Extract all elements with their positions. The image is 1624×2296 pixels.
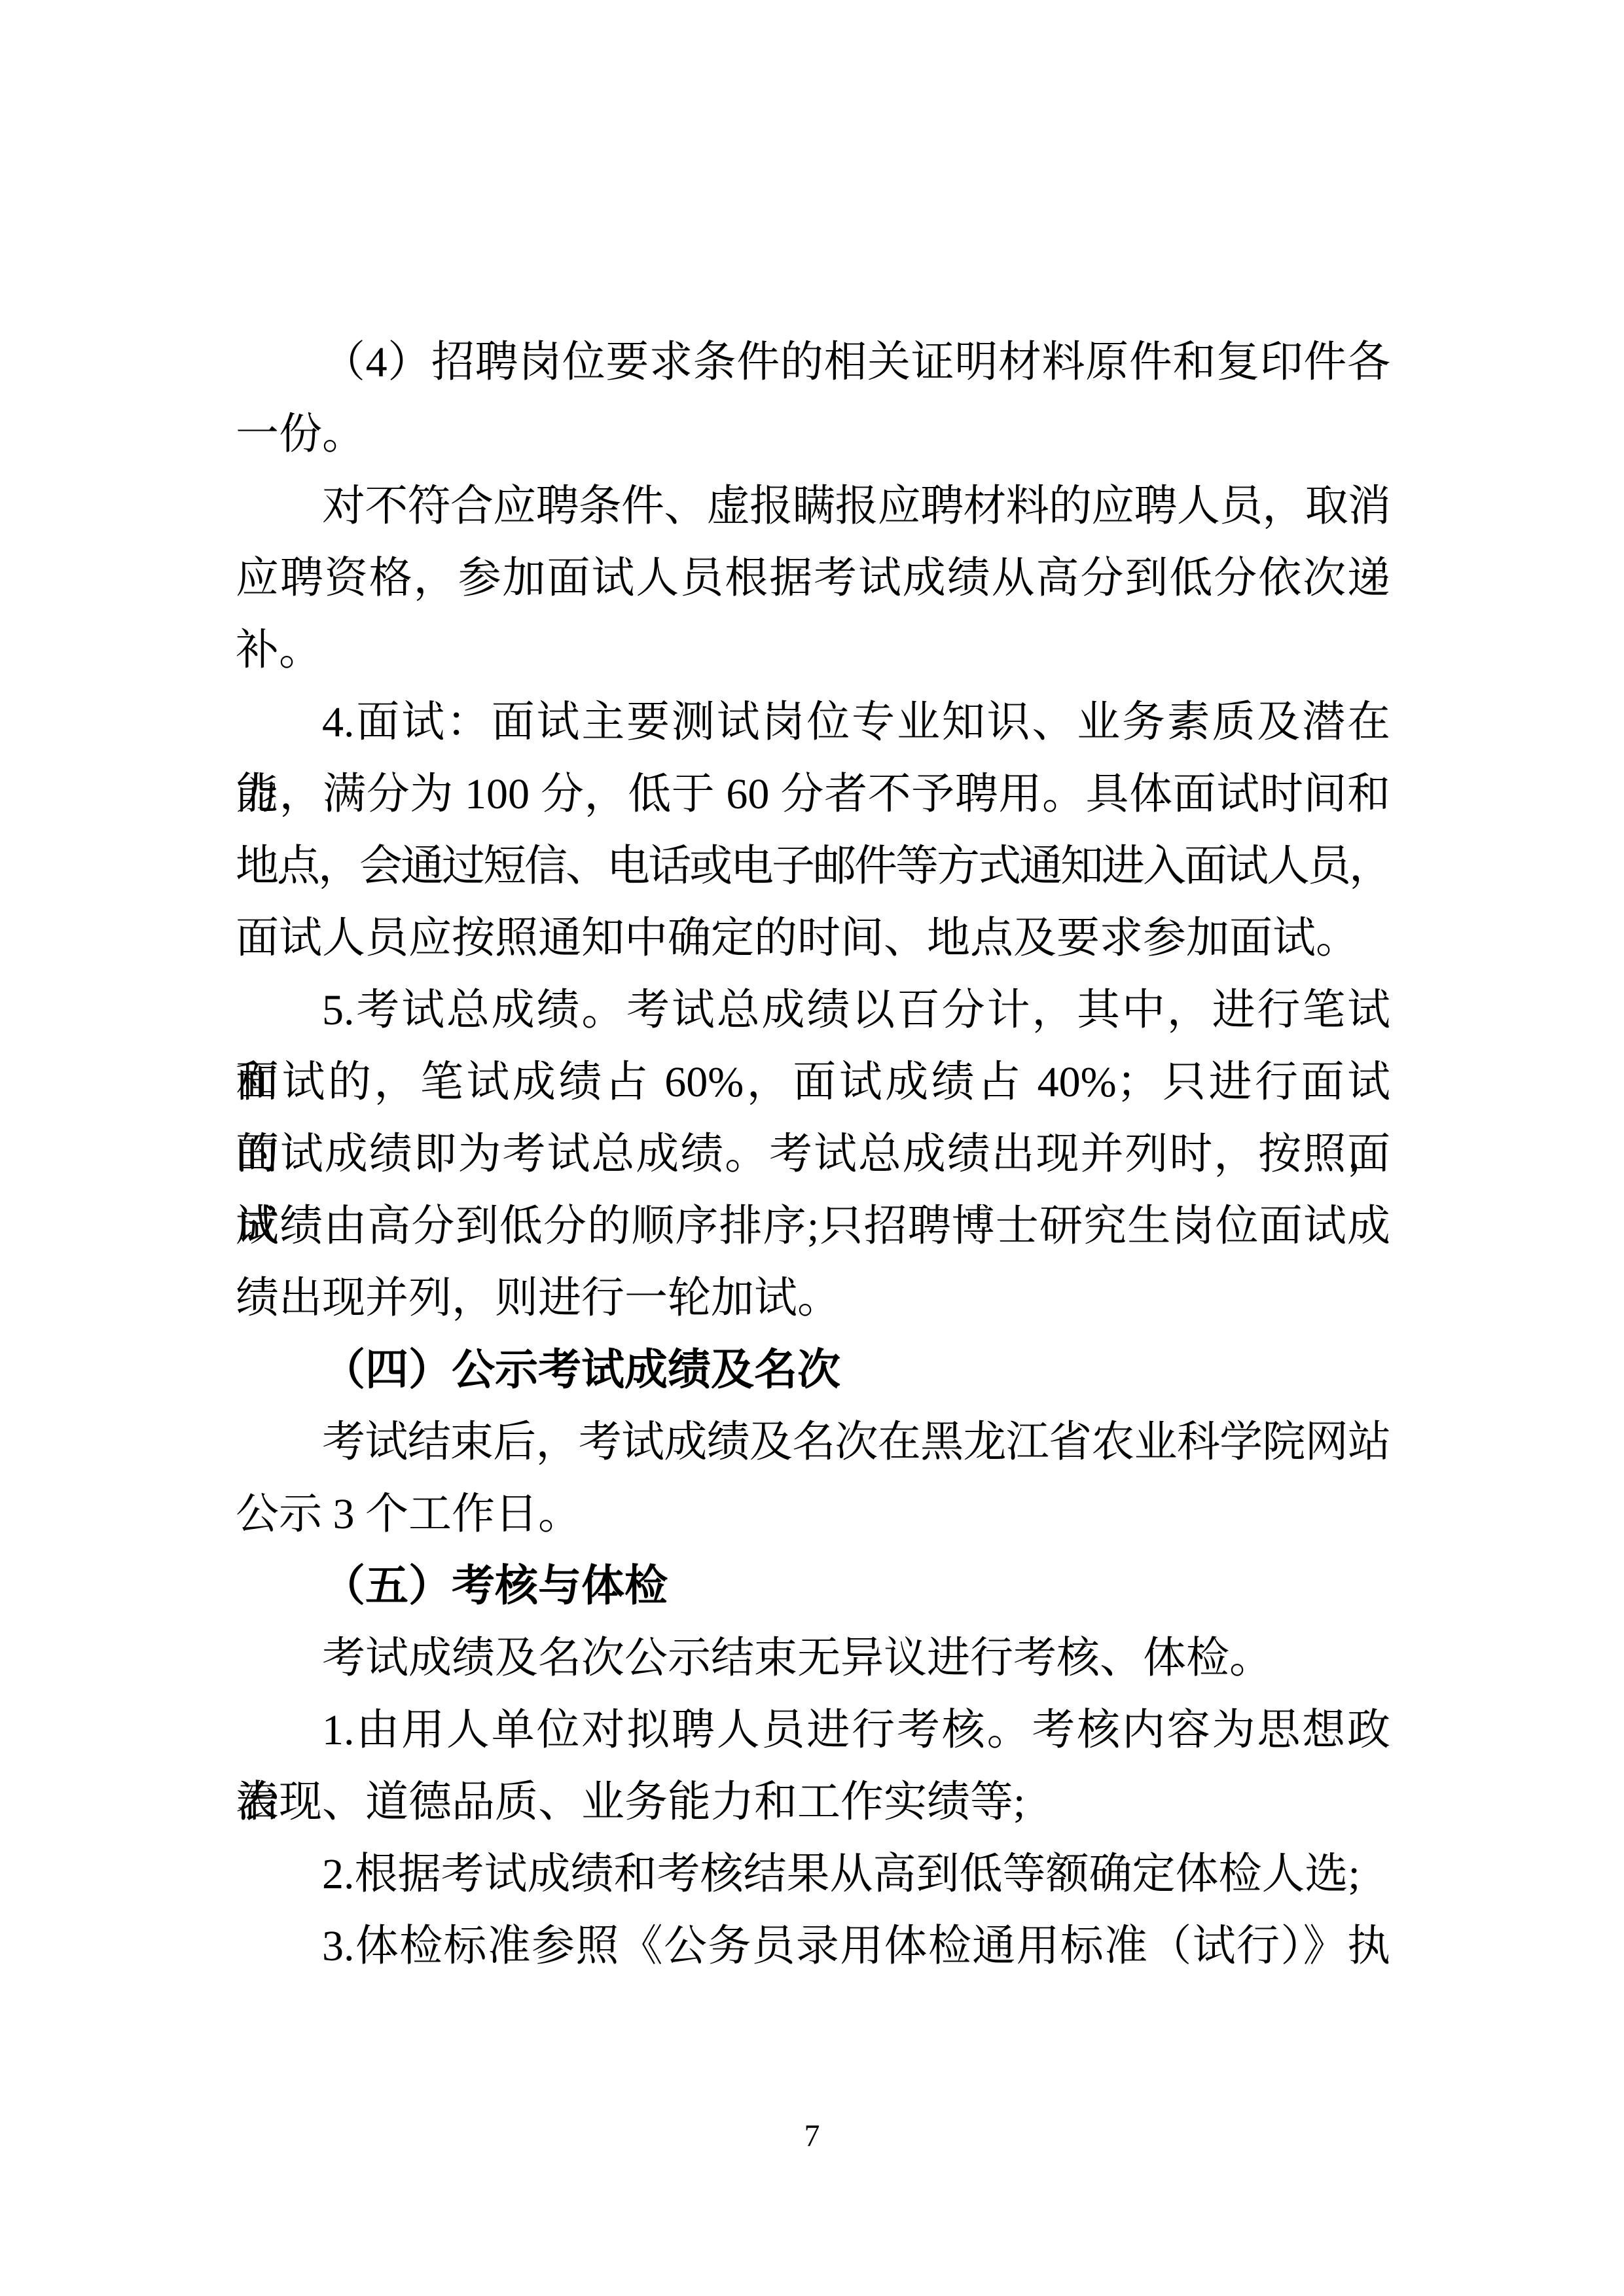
- text-line: 力，满分为 100 分，低于 60 分者不予聘用。具体面试时间和: [236, 759, 1390, 831]
- text-line: 面试的，笔试成绩占 60%，面试成绩占 40%；只进行面试的，: [236, 1047, 1390, 1119]
- text-line: 考试成绩及名次公示结束无异议进行考核、体检。: [236, 1623, 1390, 1695]
- text-line: （4）招聘岗位要求条件的相关证明材料原件和复印件各: [236, 327, 1390, 399]
- section-heading: （五）考核与体检: [236, 1551, 1390, 1623]
- text-line: 地点，会通过短信、电话或电子邮件等方式通知进入面试人员，: [236, 831, 1390, 903]
- text-line: 公示 3 个工作日。: [236, 1479, 1390, 1551]
- page-number: 7: [0, 2119, 1624, 2153]
- text-line: 成绩由高分到低分的顺序排序;只招聘博士研究生岗位面试成: [236, 1191, 1390, 1263]
- document-page: （4）招聘岗位要求条件的相关证明材料原件和复印件各一份。对不符合应聘条件、虚报瞒…: [0, 0, 1624, 2296]
- text-line: 5.考试总成绩。考试总成绩以百分计，其中，进行笔试和: [236, 975, 1390, 1047]
- text-line: 对不符合应聘条件、虚报瞒报应聘材料的应聘人员，取消: [236, 471, 1390, 543]
- text-line: 一份。: [236, 399, 1390, 471]
- text-line: 补。: [236, 615, 1390, 687]
- text-line: 2.根据考试成绩和考核结果从高到低等额确定体检人选;: [236, 1839, 1390, 1910]
- text-line: 面试人员应按照通知中确定的时间、地点及要求参加面试。: [236, 903, 1390, 975]
- text-line: 考试结束后，考试成绩及名次在黑龙江省农业科学院网站: [236, 1407, 1390, 1479]
- text-line: 表现、道德品质、业务能力和工作实绩等;: [236, 1767, 1390, 1839]
- text-line: 应聘资格，参加面试人员根据考试成绩从高分到低分依次递: [236, 543, 1390, 615]
- text-line: 3.体检标准参照《公务员录用体检通用标准（试行）》执: [236, 1910, 1390, 1982]
- section-heading: （四）公示考试成绩及名次: [236, 1335, 1390, 1407]
- text-line: 1.由用人单位对拟聘人员进行考核。考核内容为思想政治: [236, 1695, 1390, 1767]
- text-line: 绩出现并列，则进行一轮加试。: [236, 1263, 1390, 1335]
- document-body: （4）招聘岗位要求条件的相关证明材料原件和复印件各一份。对不符合应聘条件、虚报瞒…: [236, 327, 1390, 1982]
- text-line: 4.面试：面试主要测试岗位专业知识、业务素质及潜在能: [236, 687, 1390, 759]
- text-line: 面试成绩即为考试总成绩。考试总成绩出现并列时，按照面试: [236, 1119, 1390, 1191]
